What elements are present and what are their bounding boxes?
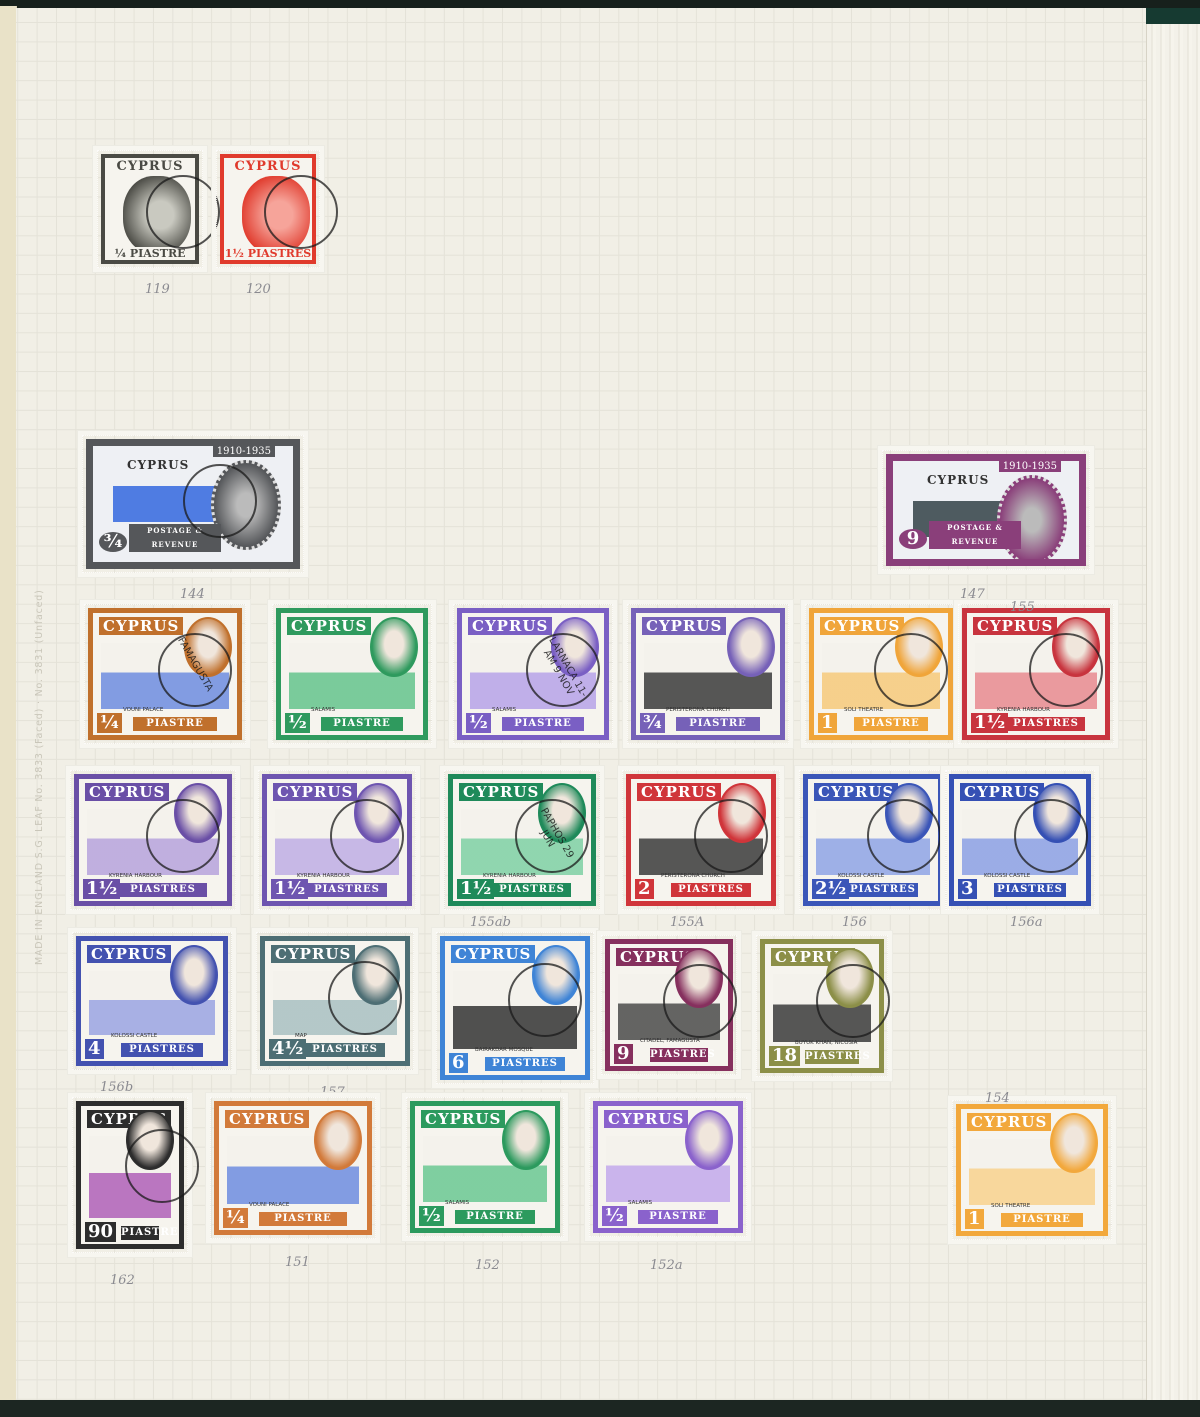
stamp-s120: CYPRUS 1½ PIASTRES	[216, 150, 320, 268]
catalogue-number: 162	[110, 1273, 135, 1288]
king-portrait-icon	[895, 617, 943, 677]
stamp-currency: PIASTRE	[321, 717, 403, 731]
stamp-s155c: CYPRUS KYRENIA HARBOUR 1½ PIASTRES	[258, 770, 416, 910]
stamp-value: ½	[419, 1206, 444, 1226]
stamp-country: CYPRUS	[421, 1110, 505, 1128]
stamp-currency: PIASTRES	[994, 883, 1066, 897]
king-portrait-icon	[551, 617, 599, 677]
catalogue-number: 156a	[1010, 915, 1043, 930]
king-portrait-icon	[997, 475, 1067, 565]
king-portrait-icon	[354, 783, 402, 843]
stamp-value: ¼	[97, 713, 122, 733]
jubilee-years: 1910-1935	[999, 461, 1061, 472]
stamp-s158: CYPRUS BAIRAKDAR MOSQUE 6 PIASTRES	[436, 932, 594, 1084]
stamp-country: CYPRUS	[85, 783, 169, 801]
stamp-value: 2	[635, 879, 654, 899]
stamp-caption: CITADEL, FAMAGUSTA	[640, 1038, 700, 1044]
stamp-currency: PIASTRES	[848, 883, 918, 897]
stamp-value: ½	[602, 1206, 627, 1226]
stamp-caption: PERISTERONA CHURCH	[661, 873, 725, 879]
stamp-currency: PIASTRES	[650, 1048, 708, 1062]
stamp-currency: PIASTRES	[671, 883, 751, 897]
king-portrait-icon	[718, 783, 766, 843]
stamp-value: 1½	[271, 879, 308, 899]
stamp-caption: SOLI THEATRE	[844, 707, 883, 713]
stamp-currency: PIASTRE	[455, 1210, 535, 1224]
king-portrait-icon	[170, 945, 218, 1005]
stamp-value: 4	[85, 1039, 104, 1059]
stamp-value: 9	[899, 529, 927, 549]
king-portrait-icon	[1050, 1113, 1098, 1173]
stamp-value: ½	[285, 713, 310, 733]
stamp-currency: PIASTRE	[502, 717, 584, 731]
stamp-country: CYPRUS	[967, 1113, 1051, 1131]
stamp-s155e: CYPRUS PERISTERONA CHURCH 2 PIASTRES	[622, 770, 780, 910]
catalogue-number: 151	[285, 1255, 310, 1270]
stamp-s156a: CYPRUS KOLOSSI CASTLE 3 PIASTRES	[945, 770, 1095, 910]
stamp-currency: PIASTRES	[1007, 717, 1085, 731]
king-portrait-icon	[314, 1110, 362, 1170]
king-portrait-icon	[885, 783, 933, 843]
stamp-country: CYPRUS	[123, 456, 193, 474]
stamp-s153: CYPRUS PERISTERONA CHURCH ¾ PIASTRE	[627, 604, 789, 744]
stamp-inscription: POSTAGE & REVENUE	[929, 521, 1021, 549]
stamp-currency: PIASTRES	[121, 1226, 159, 1240]
stamp-country: CYPRUS	[273, 783, 357, 801]
stamp-caption: PERISTERONA CHURCH	[666, 707, 730, 713]
stamp-value: 1½	[457, 879, 494, 899]
stamp-value: 9	[614, 1044, 633, 1064]
stamp-s152a: CYPRUS SALAMIS ½ PIASTRE	[272, 604, 432, 744]
stamp-value: 4½	[269, 1039, 306, 1059]
stamp-s119: CYPRUS ¼ PIASTRE	[97, 150, 203, 268]
stamp-value: 1½	[83, 879, 120, 899]
stamp-currency: PIASTRE	[259, 1212, 347, 1226]
stamp-country: CYPRUS	[604, 1110, 688, 1128]
stamp-s156: CYPRUS KOLOSSI CASTLE 2½ PIASTRES	[799, 770, 947, 910]
stamp-value: 18	[769, 1046, 800, 1066]
album-leaf-imprint: MADE IN ENGLAND S.G. LEAF No. 3833 (Face…	[34, 589, 45, 965]
stamp-currency: PIASTRES	[119, 883, 207, 897]
stamp-country: CYPRUS	[642, 617, 726, 635]
jubilee-years: 1910-1935	[213, 446, 275, 457]
king-portrait-icon	[211, 460, 281, 550]
stamp-s154: CYPRUS SOLI THEATRE 1 PIASTRE	[805, 604, 957, 744]
king-portrait-icon	[502, 1110, 550, 1170]
stamp-caption: SALAMIS	[628, 1200, 652, 1206]
stamp-inscription: POSTAGE & REVENUE	[129, 524, 221, 552]
stamp-value: 6	[449, 1053, 468, 1073]
stamp-s151a: CYPRUS VOUNI PALACE ¼ PIASTRE FAMAGUSTA	[84, 604, 246, 744]
king-portrait-icon	[1033, 783, 1081, 843]
background-top	[0, 0, 1200, 8]
stamp-caption: BAIRAKDAR MOSQUE	[475, 1047, 533, 1053]
catalogue-number: 152	[475, 1258, 500, 1273]
stamp-currency: PIASTRES	[493, 883, 571, 897]
stamp-value: 2½	[812, 879, 849, 899]
king-portrait-icon	[532, 945, 580, 1005]
stamp-s152: CYPRUS SALAMIS ½ PIASTRE	[406, 1097, 564, 1237]
king-portrait-icon	[174, 783, 222, 843]
stamp-caption: SOLI THEATRE	[991, 1203, 1030, 1209]
stamp-value: ½	[466, 713, 491, 733]
stamp-currency: PIASTRES	[305, 1043, 385, 1057]
stamp-caption: VOUNI PALACE	[249, 1202, 289, 1208]
king-portrait-icon	[126, 1110, 174, 1170]
catalogue-number: 120	[246, 282, 271, 297]
stamp-value: ¾	[640, 713, 665, 733]
catalogue-number: 119	[145, 282, 170, 297]
stamp-country: CYPRUS	[459, 783, 543, 801]
stamp-denomination: 1½ PIASTRES	[224, 247, 312, 260]
stamp-value: ¼	[223, 1208, 248, 1228]
stamp-currency: PIASTRE	[676, 717, 760, 731]
stamp-country: CYPRUS	[99, 617, 183, 635]
stamp-currency: PIASTRES	[307, 883, 387, 897]
stamp-s156b: CYPRUS KOLOSSI CASTLE 4 PIASTRES	[72, 932, 232, 1070]
stamp-value: 90	[85, 1222, 116, 1242]
king-portrait-icon	[123, 176, 191, 254]
stamp-s159: CYPRUS CITADEL, FAMAGUSTA 9 PIASTRES	[601, 935, 737, 1075]
stamp-caption: BUYUK KHAN, NICOSIA	[795, 1040, 857, 1046]
stamp-country: CYPRUS	[287, 617, 371, 635]
king-portrait-icon	[685, 1110, 733, 1170]
stamp-currency: PIASTRES	[485, 1057, 565, 1071]
stamp-currency: PIASTRE	[638, 1210, 718, 1224]
previous-page-edge	[0, 6, 17, 1400]
stamp-country: CYPRUS	[637, 783, 721, 801]
stamp-value: 1½	[971, 713, 1008, 733]
stamp-s144: CYPRUS 1910-1935 ¾ POSTAGE & REVENUE	[82, 435, 304, 573]
catalogue-number: 147	[960, 587, 985, 602]
stamp-s155: CYPRUS KYRENIA HARBOUR 1½ PIASTRES	[958, 604, 1114, 744]
stamp-s154b: CYPRUS SOLI THEATRE 1 PIASTRE	[952, 1100, 1112, 1240]
king-portrait-icon	[826, 948, 874, 1008]
stamp-country: CYPRUS	[468, 617, 552, 635]
stamp-value: 1	[818, 713, 837, 733]
stamp-caption: SALAMIS	[445, 1200, 469, 1206]
stamp-s152c: CYPRUS SALAMIS ½ PIASTRE	[589, 1097, 747, 1237]
catalogue-number: 156b	[100, 1080, 133, 1095]
king-portrait-icon	[242, 176, 310, 254]
stamp-country: CYPRUS	[973, 617, 1057, 635]
page-stack-edges	[1146, 24, 1200, 1400]
stamp-caption: SALAMIS	[492, 707, 516, 713]
king-portrait-icon	[352, 945, 400, 1005]
catalogue-number: 155ab	[470, 915, 511, 930]
stamp-s157: CYPRUS MAP 4½ PIASTRES	[256, 932, 414, 1070]
stamp-country: CYPRUS	[814, 783, 898, 801]
stamp-s160: CYPRUS BUYUK KHAN, NICOSIA 18 PIASTRES	[756, 935, 888, 1077]
catalogue-number: 155	[1010, 600, 1035, 615]
stamp-caption: KOLOSSI CASTLE	[111, 1033, 157, 1039]
catalogue-number: 155A	[670, 915, 704, 930]
stamp-currency: PIASTRE	[133, 717, 217, 731]
stamp-s155d: CYPRUS KYRENIA HARBOUR 1½ PIASTRES PAPHO…	[444, 770, 600, 910]
stamp-country: CYPRUS	[271, 945, 355, 963]
king-portrait-icon	[1052, 617, 1100, 677]
stamp-country: CYPRUS	[224, 158, 312, 176]
stamp-caption: SALAMIS	[311, 707, 335, 713]
stamp-country: CYPRUS	[820, 617, 904, 635]
king-portrait-icon	[675, 948, 723, 1008]
catalogue-number: 156	[842, 915, 867, 930]
stamp-s162: CYPRUS 90 PIASTRES	[72, 1097, 188, 1253]
background-bottom	[0, 1400, 1200, 1417]
stamp-value: 3	[958, 879, 977, 899]
stamp-s151: CYPRUS VOUNI PALACE ¼ PIASTRE	[210, 1097, 376, 1239]
king-portrait-icon	[538, 783, 586, 843]
stamp-country: CYPRUS	[960, 783, 1044, 801]
stamp-value: ¾	[99, 532, 127, 552]
stamp-caption: VOUNI PALACE	[123, 707, 163, 713]
stamp-currency: PIASTRE	[854, 717, 928, 731]
stamp-s152b: CYPRUS SALAMIS ½ PIASTRE LARNACA 11-AM 9…	[453, 604, 613, 744]
stamp-s147: CYPRUS 1910-1935 9 POSTAGE & REVENUE	[882, 450, 1090, 570]
stamp-caption: KOLOSSI CASTLE	[984, 873, 1030, 879]
stamp-currency: PIASTRES	[121, 1043, 203, 1057]
catalogue-number: 152a	[650, 1258, 683, 1273]
stamp-currency: PIASTRES	[805, 1050, 859, 1064]
stamp-value: 1	[965, 1209, 984, 1229]
stamp-country: CYPRUS	[105, 158, 195, 176]
stamp-denomination: ¼ PIASTRE	[105, 247, 195, 260]
stamp-country: CYPRUS	[225, 1110, 309, 1128]
king-portrait-icon	[727, 617, 775, 677]
stamp-country: CYPRUS	[87, 945, 171, 963]
king-portrait-icon	[184, 617, 232, 677]
king-portrait-icon	[370, 617, 418, 677]
stamp-s155b: CYPRUS KYRENIA HARBOUR 1½ PIASTRES	[70, 770, 236, 910]
catalogue-number: 154	[985, 1091, 1010, 1106]
stamp-country: CYPRUS	[451, 945, 535, 963]
windsor-castle-icon	[113, 486, 223, 522]
stamp-currency: PIASTRE	[1001, 1213, 1083, 1227]
stamp-country: CYPRUS	[923, 471, 993, 489]
catalogue-number: 144	[180, 587, 205, 602]
